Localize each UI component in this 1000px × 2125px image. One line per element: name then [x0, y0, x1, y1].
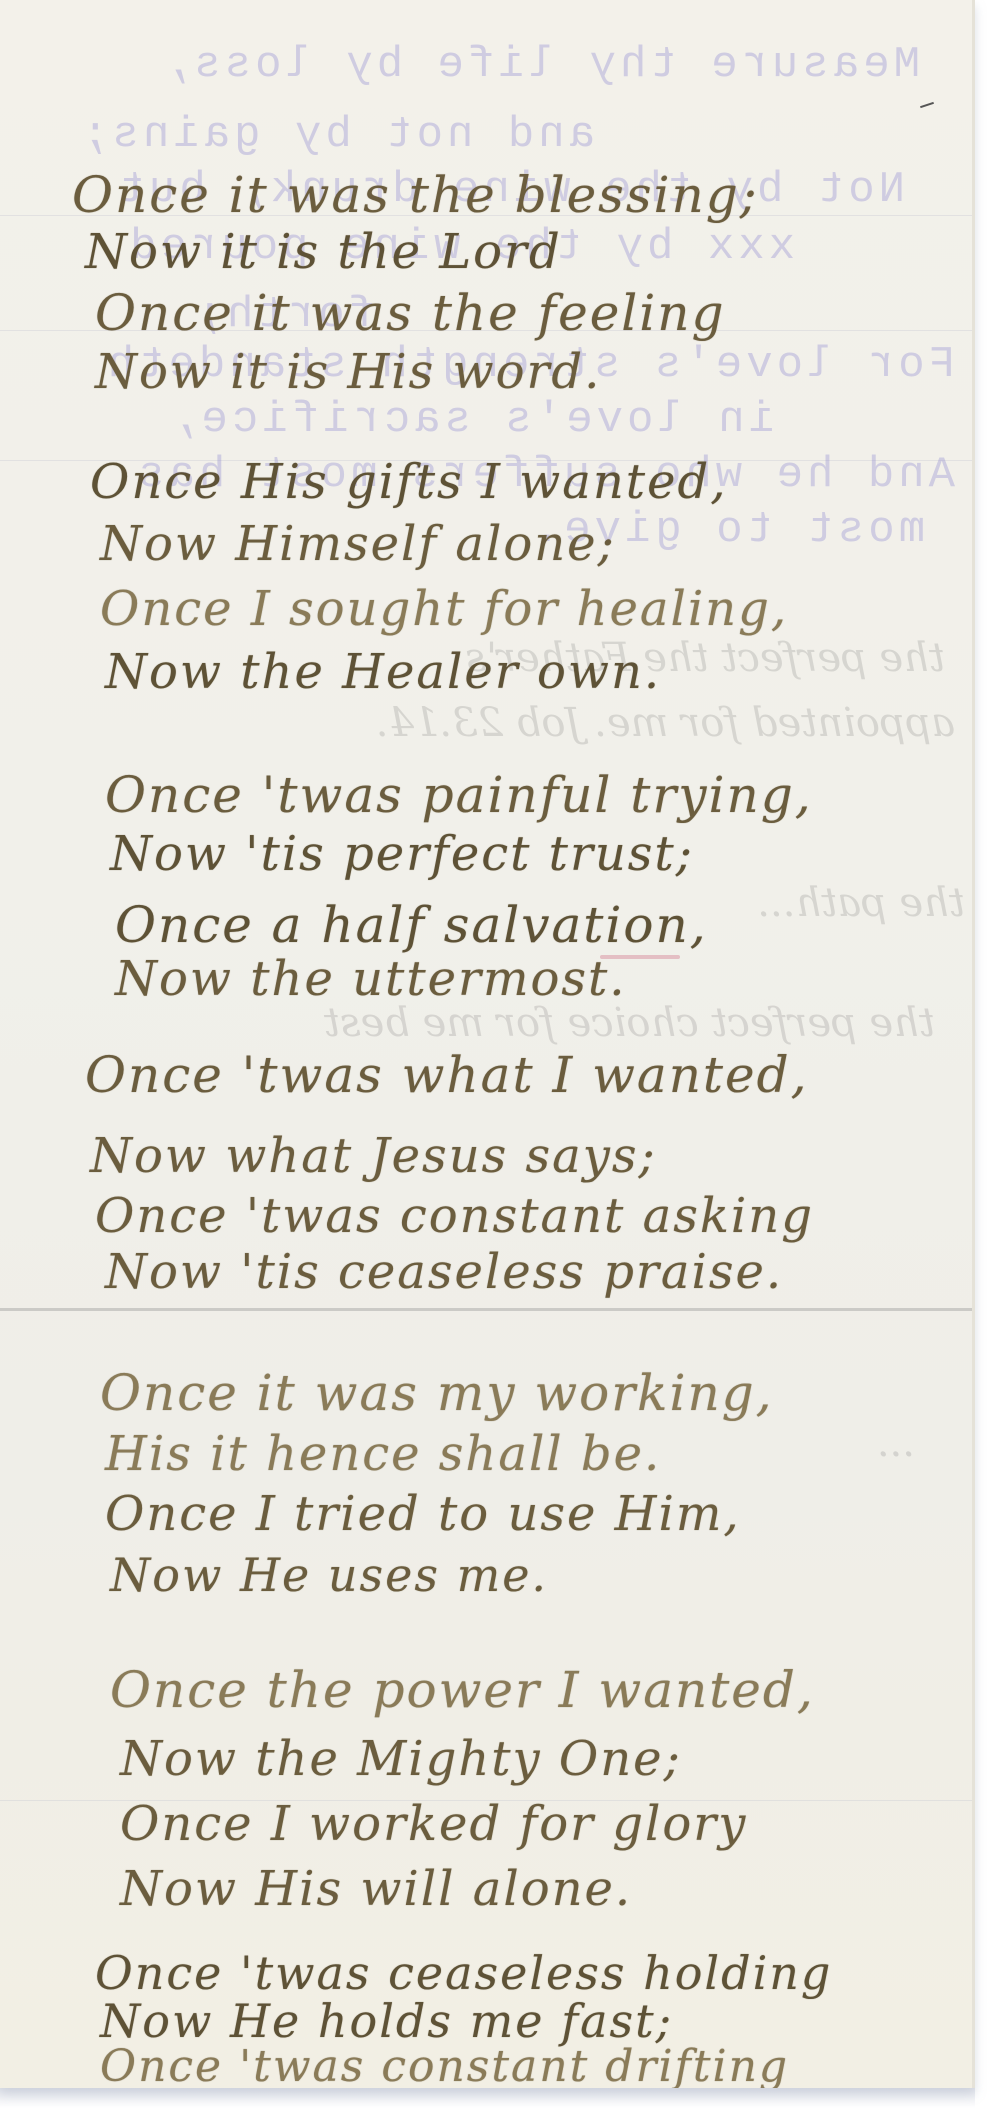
poem-line: Now the Healer own.: [105, 648, 661, 696]
poem-line: Once I tried to use Him,: [105, 1490, 741, 1538]
poem-line: Once 'twas painful trying,: [105, 770, 813, 820]
poem-line: Once it was my working,: [100, 1368, 774, 1418]
poem-line: Now the uttermost.: [115, 955, 627, 1003]
poem-line: Now it is the Lord: [85, 228, 562, 276]
poem-line: Now it is His word.: [95, 348, 601, 396]
poem-line: Now what Jesus says;: [90, 1132, 657, 1180]
poem-line: Once it was the blessing;: [72, 170, 759, 220]
poem-line: Now His will alone.: [120, 1865, 632, 1913]
poem-line: Once a half salvation,: [115, 900, 708, 950]
page-shadow: [0, 2088, 975, 2108]
poem-line: Once His gifts I wanted,: [90, 458, 727, 506]
poem-line: Once it was the feeling: [95, 288, 725, 338]
poem-line: Now 'tis perfect trust;: [110, 830, 694, 878]
poem-line: Now the Mighty One;: [120, 1735, 682, 1783]
poem-line: Once 'twas constant asking: [95, 1192, 814, 1240]
handwritten-poem: Once it was the blessing; Now it is the …: [0, 0, 975, 2088]
manuscript-page: Measure thy life by loss, and not by gai…: [0, 0, 975, 2088]
poem-line: Once 'twas what I wanted,: [85, 1050, 809, 1100]
poem-line: Once the power I wanted,: [110, 1665, 815, 1715]
poem-line: Now He holds me fast;: [100, 1998, 673, 2044]
poem-line: His it hence shall be.: [105, 1430, 661, 1478]
poem-line: Now 'tis ceaseless praise.: [105, 1248, 783, 1296]
poem-line: Once 'twas ceaseless holding: [95, 1950, 832, 1996]
poem-line: Now Himself alone;: [100, 520, 616, 568]
poem-line: Once I worked for glory: [120, 1800, 747, 1848]
poem-line: Now He uses me.: [110, 1552, 548, 1598]
poem-line: Once 'twas constant drifting: [100, 2045, 789, 2088]
poem-line: Once I sought for healing,: [100, 585, 788, 633]
